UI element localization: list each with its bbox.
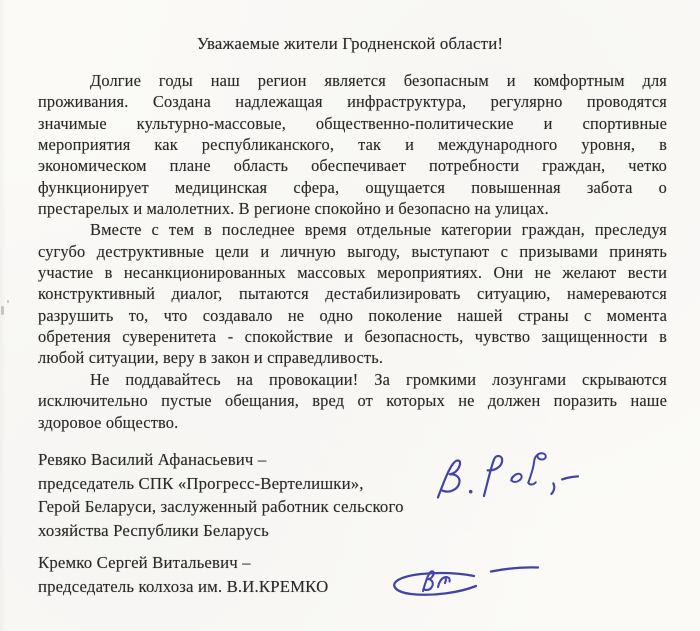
scan-artifact-speck (1, 306, 4, 315)
signatory-kremko: Кремко Сергей Витальевич – председатель … (38, 551, 328, 598)
body-line: проживания. Создана надлежащая инфрастру… (38, 91, 667, 112)
body-line: любой ситуации, веру в закон и справедли… (38, 347, 667, 368)
body-line: Не поддавайтесь на провокации! За громки… (38, 369, 667, 390)
scanned-letter-page: Уважаемые жители Гродненской области! До… (0, 0, 700, 631)
signatory-line: хозяйства Республики Беларусь (38, 519, 404, 543)
body-line: здоровое общество. (38, 412, 667, 433)
signatory-line: Ревяко Василий Афанасьевич – (38, 448, 404, 472)
body-line: обретения суверенитета - спокойствие и б… (38, 326, 667, 347)
body-line: престарелых и малолетних. В регионе спок… (38, 198, 667, 219)
signatory-line: Герой Беларуси, заслуженный работник сел… (38, 495, 404, 519)
body-line: мероприятия как республиканского, так и … (38, 134, 667, 155)
body-line: экономическом плане область обеспечивает… (38, 155, 667, 176)
signatory-line: председатель СПК «Прогресс-Вертелишки», (38, 472, 404, 496)
revyako-handwritten-signature-icon (422, 442, 583, 514)
body-line: исключительно пустые обещания, вред от к… (38, 390, 667, 411)
body-line: Вместе с тем в последнее время отдельные… (38, 219, 667, 240)
letter-body: Долгие годы наш регион является безопасн… (38, 70, 667, 433)
body-line: участие в несанкционированных массовых м… (38, 262, 667, 283)
body-line: разрушить то, что создавало не одно поко… (38, 305, 667, 326)
body-line: функционирует медицинская сфера, ощущает… (38, 177, 667, 198)
letter-salutation: Уважаемые жители Гродненской области! (0, 34, 700, 54)
scan-artifact-speck (7, 300, 9, 303)
signatory-line: Кремко Сергей Витальевич – (38, 551, 328, 575)
signatory-revyako: Ревяко Василий Афанасьевич – председател… (38, 448, 404, 542)
signatory-line: председатель колхоза им. В.И.КРЕМКО (38, 575, 328, 599)
body-line: сугубо деструктивные цели и личную выгод… (38, 241, 667, 262)
body-line: конструктивный диалог, пытаются дестабил… (38, 283, 667, 304)
kremko-handwritten-signature-icon (386, 562, 558, 618)
body-line: Долгие годы наш регион является безопасн… (38, 70, 667, 91)
body-line: значимые культурно-массовые, общественно… (38, 113, 667, 134)
